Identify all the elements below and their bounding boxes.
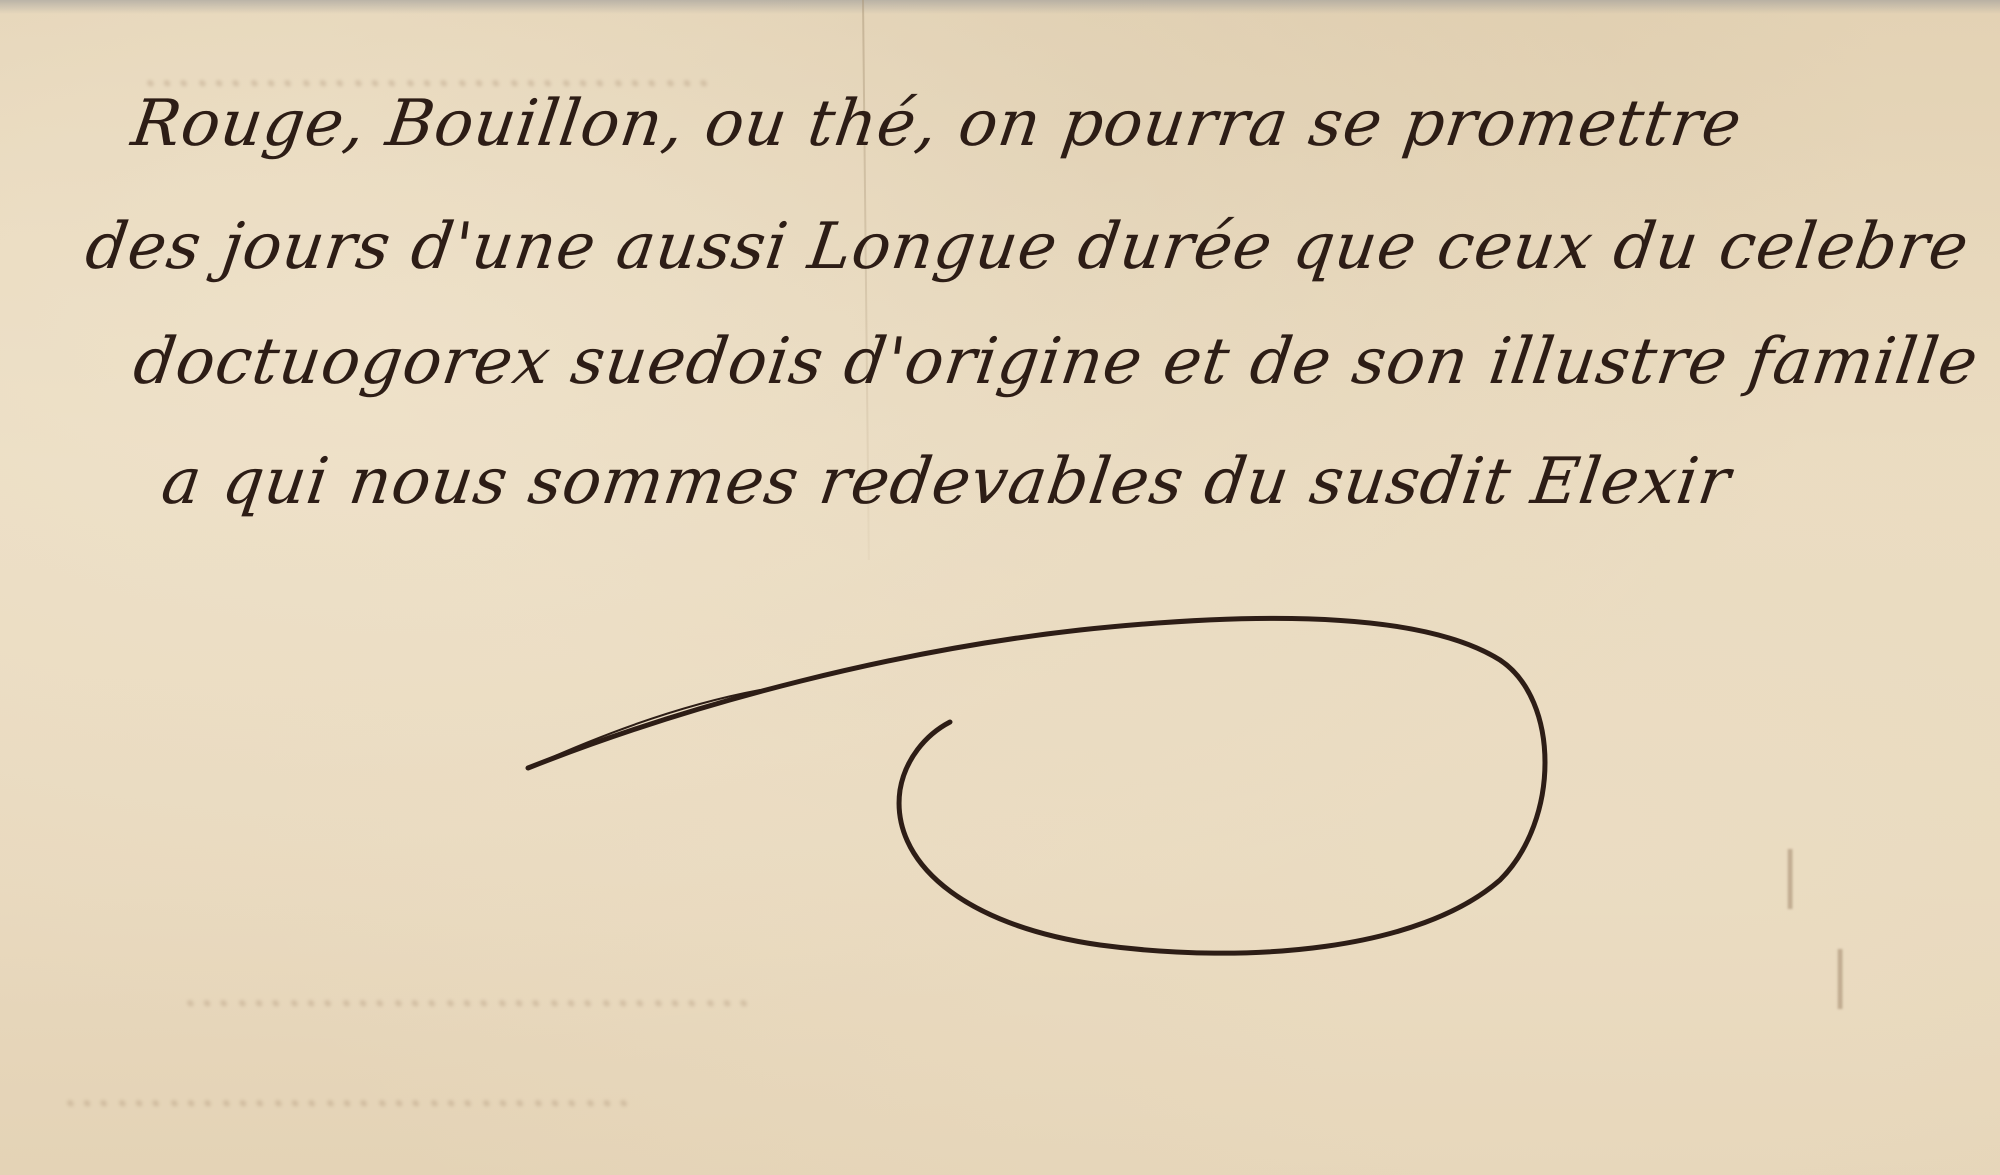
handwritten-line-3: doctuogorex suedois d'origine et de son … xyxy=(130,330,1982,394)
margin-mark: | xyxy=(1780,840,1800,910)
manuscript-page: …………………………… …………………………… …………………………… | | … xyxy=(0,0,2000,1175)
page-top-edge xyxy=(0,0,2000,14)
margin-mark: | xyxy=(1830,940,1850,1010)
bleed-through-text: …………………………… xyxy=(60,1060,632,1118)
handwritten-line-1: Rouge, Bouillon, ou thé, on pourra se pr… xyxy=(128,92,1746,156)
handwritten-line-2: des jours d'une aussi Longue durée que c… xyxy=(82,215,1973,279)
bleed-through-text: …………………………… xyxy=(180,960,752,1018)
handwritten-line-4: a qui nous sommes redevables du susdit E… xyxy=(158,450,1735,514)
